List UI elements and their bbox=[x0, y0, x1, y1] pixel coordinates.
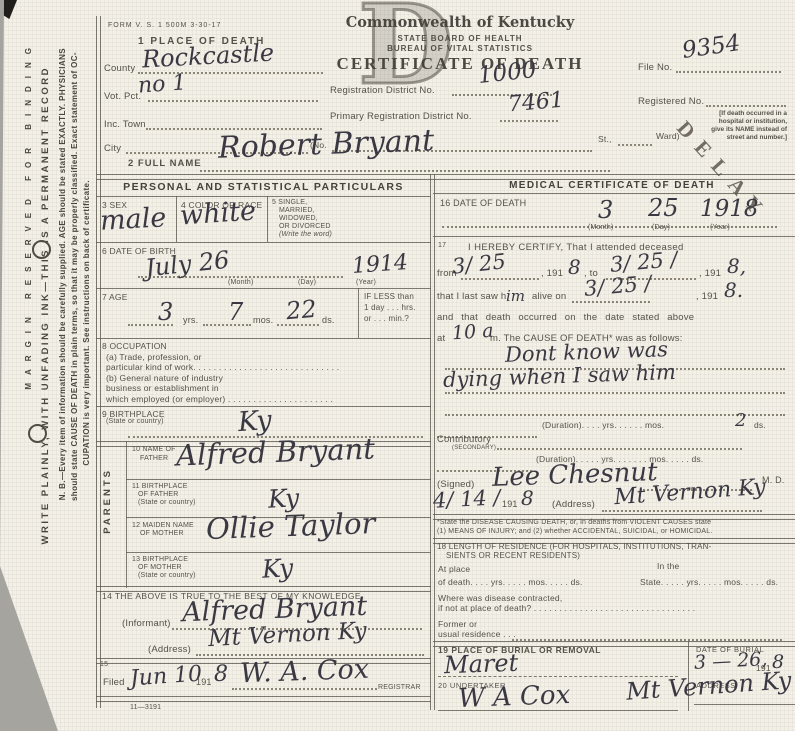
age-mos-line bbox=[203, 316, 251, 326]
physician-address-label: (Address) bbox=[552, 499, 595, 510]
rule bbox=[96, 288, 431, 289]
residence-label-line1: 18 LENGTH OF RESIDENCE (FOR HOSPITALS, I… bbox=[437, 542, 711, 551]
date-of-death-label: 16 DATE OF DEATH bbox=[440, 198, 526, 208]
contributory-line bbox=[497, 440, 742, 450]
informant-label: (Informant) bbox=[122, 618, 171, 629]
cell-divider bbox=[176, 196, 177, 242]
filed-section-number: 15 bbox=[100, 661, 108, 668]
day-caption: (Day) bbox=[652, 224, 670, 231]
mother-birthplace-label-2: OF MOTHER bbox=[138, 564, 182, 571]
filed-label: Filed bbox=[103, 677, 125, 688]
rule bbox=[96, 242, 431, 243]
age-years-value: 3 bbox=[158, 300, 173, 324]
margin-nb-line2: should state CAUSE OF DEATH in plain ter… bbox=[70, 52, 79, 501]
mother-birthplace-value: Ky bbox=[261, 555, 293, 582]
margin-binding-text: MARGIN RESERVED FOR BINDING bbox=[24, 40, 33, 390]
rule bbox=[438, 710, 678, 711]
form-left-border bbox=[96, 16, 101, 708]
footnote-line1: *State the DISEASE CAUSING DEATH, or, in… bbox=[437, 519, 711, 526]
father-name-label-2: FATHER bbox=[140, 455, 168, 462]
occupation-label: 8 OCCUPATION bbox=[102, 341, 167, 351]
father-name-value: Alfred Bryant bbox=[176, 435, 376, 471]
marital-label-1: 5 SINGLE, bbox=[272, 199, 307, 206]
registration-district-label: Registration District No. bbox=[330, 85, 435, 96]
contributory-label: Contributory bbox=[437, 434, 491, 445]
cause-line bbox=[445, 384, 785, 394]
if-less-line3: or . . . min.? bbox=[364, 314, 409, 323]
contracted-line1: Where was disease contracted, bbox=[438, 593, 562, 603]
county-label: County bbox=[104, 63, 135, 74]
last-saw-date-value: 3/ 25 / bbox=[583, 273, 652, 300]
mother-birthplace-label-1: 13 BIRTHPLACE bbox=[132, 556, 188, 563]
rule bbox=[433, 236, 795, 237]
time-of-death-value: 10 a bbox=[451, 322, 494, 344]
registered-no-line bbox=[706, 97, 786, 107]
age-days-value: 22 bbox=[285, 297, 318, 324]
filed-date-value: Jun 10 bbox=[129, 664, 203, 691]
from-year-printed: , 191 bbox=[541, 268, 563, 279]
registration-district-value: 1000 bbox=[477, 59, 538, 88]
occupation-a-line2: particular kind of work. . . . . . . . .… bbox=[106, 362, 339, 372]
footnote-line2: (1) MEANS OF INJURY; and (2) whether ACC… bbox=[437, 528, 712, 535]
occupation-a-line1: (a) Trade, profession, or bbox=[106, 352, 202, 362]
file-no-label: File No. bbox=[638, 62, 672, 73]
dob-line bbox=[138, 268, 343, 278]
year-caption: (Year) bbox=[356, 279, 376, 286]
last-saw-year-printed: , 191 bbox=[696, 291, 718, 302]
registered-no-label: Registered No. bbox=[638, 96, 704, 107]
binder-hole bbox=[28, 424, 47, 443]
personal-section-title: PERSONAL AND STATISTICAL PARTICULARS bbox=[96, 181, 431, 193]
hospital-note-line: hospital or institution, bbox=[655, 118, 787, 126]
sign-date-value: 4/ 14 / bbox=[432, 487, 501, 512]
mother-name-label-1: 12 MAIDEN NAME bbox=[132, 522, 194, 529]
form-number: 11—3191 bbox=[130, 704, 161, 711]
if-less-line1: IF LESS than bbox=[364, 292, 414, 301]
sign-year-value: 8 bbox=[521, 488, 534, 508]
marital-label-4: OR DIVORCED bbox=[279, 223, 331, 230]
mother-name-value: Ollie Taylor bbox=[206, 509, 376, 544]
county-value: Rockcastle bbox=[141, 41, 274, 72]
form-code: FORM V. S. 1 500M 3-30-17 bbox=[108, 22, 221, 29]
age-months-value: 7 bbox=[228, 300, 243, 324]
ds-unit: ds. bbox=[322, 315, 335, 325]
margin-nb-line3: CUPATION is very important. See instruct… bbox=[82, 180, 91, 466]
contracted-line2: if not at place of death? . . . . . . . … bbox=[438, 603, 695, 613]
last-saw-him-hand: im bbox=[506, 289, 525, 304]
duration-label: (Duration). . . . yrs. . . . . . mos. bbox=[542, 420, 664, 430]
rule bbox=[126, 479, 431, 480]
rule bbox=[126, 552, 431, 553]
medical-section-title: MEDICAL CERTIFICATE OF DEATH bbox=[433, 180, 791, 191]
filed-year-printed: 191 bbox=[196, 677, 212, 687]
at-place-duration: of death. . . . yrs. . . . . mos. . . . … bbox=[438, 577, 583, 587]
rule bbox=[96, 196, 431, 197]
mother-birthplace-label-3: (State or country) bbox=[138, 572, 196, 579]
voting-precinct-label: Vot. Pct. bbox=[104, 91, 141, 102]
primary-registration-value: 7461 bbox=[507, 90, 565, 117]
rule bbox=[96, 338, 431, 339]
to-year-printed: , 191 bbox=[699, 268, 721, 279]
duration-ds-label: ds. bbox=[754, 420, 766, 430]
rule bbox=[433, 193, 795, 194]
attended-from-value: 3/ 25 bbox=[451, 251, 507, 278]
marital-write-word-label: (Write the word) bbox=[279, 231, 332, 238]
in-the-label: In the bbox=[657, 561, 679, 571]
month-caption: (Month) bbox=[228, 279, 254, 286]
parents-vertical-label: PARENTS bbox=[102, 468, 113, 534]
from-year-value: 8 bbox=[568, 257, 581, 277]
city-st-line bbox=[618, 136, 652, 146]
father-birthplace-label-1: 11 BIRTHPLACE bbox=[132, 483, 188, 490]
certify-section-number: 17 bbox=[438, 242, 446, 249]
city-label: City bbox=[104, 143, 121, 154]
father-birthplace-label-2: OF FATHER bbox=[138, 491, 179, 498]
inc-town-label: Inc. Town bbox=[104, 119, 146, 130]
year-caption: (Year) bbox=[710, 224, 730, 231]
voting-precinct-value: no 1 bbox=[137, 72, 187, 97]
at-place-label: At place bbox=[438, 564, 470, 574]
former-residence-line bbox=[512, 631, 782, 641]
cause-line bbox=[445, 406, 785, 416]
sex-value: male bbox=[99, 204, 167, 234]
full-name-value: Robert Bryant bbox=[218, 126, 435, 164]
occupation-b-line3: which employed (or employer) . . . . . .… bbox=[106, 394, 333, 404]
occupation-b-line1: (b) General nature of industry bbox=[106, 373, 223, 383]
registrar-label: REGISTRAR bbox=[378, 684, 421, 691]
if-less-line2: 1 day . . . hrs. bbox=[364, 303, 416, 312]
primary-registration-label: Primary Registration District No. bbox=[330, 111, 472, 122]
last-saw-text-2: alive on bbox=[532, 291, 566, 302]
in-state-duration: State. . . . . yrs. . . . . mos. . . . .… bbox=[640, 577, 778, 587]
secondary-caption: (SECONDARY) bbox=[452, 445, 496, 451]
father-birthplace-label-3: (State or country) bbox=[138, 499, 196, 506]
residence-label-line2: SIENTS OR RECENT RESIDENTS) bbox=[446, 551, 580, 560]
hospital-note-line: [If death occurred in a bbox=[655, 110, 787, 118]
day-caption: (Day) bbox=[298, 279, 316, 286]
cell-divider bbox=[267, 196, 268, 242]
city-ward-label: Ward) bbox=[656, 131, 680, 141]
registrar-line bbox=[232, 680, 377, 690]
scan-corner-mark bbox=[0, 0, 17, 19]
certificate-paper: MARGIN RESERVED FOR BINDING WRITE PLAINL… bbox=[0, 0, 795, 731]
father-name-label-1: 10 NAME OF bbox=[132, 446, 176, 453]
marital-label-2: MARRIED, bbox=[279, 207, 315, 214]
birth-year-value: 1914 bbox=[351, 252, 408, 278]
mother-name-label-2: OF MOTHER bbox=[140, 530, 184, 537]
sign-year-printed: 191 bbox=[502, 499, 518, 509]
last-saw-text-1: that I last saw h bbox=[437, 291, 506, 302]
margin-write-plainly-text: WRITE PLAINLY, WITH UNFADING INK—THIS IS… bbox=[40, 66, 51, 544]
at-label: at bbox=[437, 333, 445, 344]
filed-year-value: 8 bbox=[214, 664, 228, 686]
full-name-label: 2 FULL NAME bbox=[128, 158, 202, 169]
undertaker-value: W A Cox bbox=[458, 682, 571, 712]
city-st-label: St., bbox=[598, 134, 612, 144]
file-no-line bbox=[676, 63, 781, 73]
duration-days-value: 2 bbox=[735, 412, 746, 430]
last-saw-year-value: 8. bbox=[724, 280, 743, 300]
cell-divider bbox=[126, 441, 127, 588]
file-no-value: 9354 bbox=[681, 32, 742, 63]
occupation-b-line2: business or establishment in bbox=[106, 383, 219, 393]
former-residence-line2: usual residence . . . bbox=[438, 629, 516, 639]
former-residence-line1: Former or bbox=[438, 619, 477, 629]
binder-hole bbox=[32, 240, 51, 259]
margin-nb-line1: N. B.—Every item of information should b… bbox=[58, 48, 67, 500]
race-value: white bbox=[179, 197, 257, 229]
mos-unit: mos. bbox=[253, 315, 273, 325]
yrs-unit: yrs. bbox=[183, 315, 198, 325]
to-year-value: 8, bbox=[727, 256, 746, 276]
state-or-country-caption: (State or country) bbox=[106, 418, 164, 425]
rule bbox=[96, 696, 431, 702]
death-day-value: 25 bbox=[648, 196, 679, 220]
father-birthplace-value: Ky bbox=[267, 485, 299, 512]
rule bbox=[694, 704, 795, 705]
age-label: 7 AGE bbox=[102, 292, 128, 302]
marital-label-3: WIDOWED, bbox=[279, 215, 318, 222]
month-caption: (Month) bbox=[588, 224, 614, 231]
informant-address-label: (Address) bbox=[148, 644, 191, 655]
cell-divider bbox=[358, 288, 359, 338]
physician-address-line bbox=[602, 502, 762, 512]
